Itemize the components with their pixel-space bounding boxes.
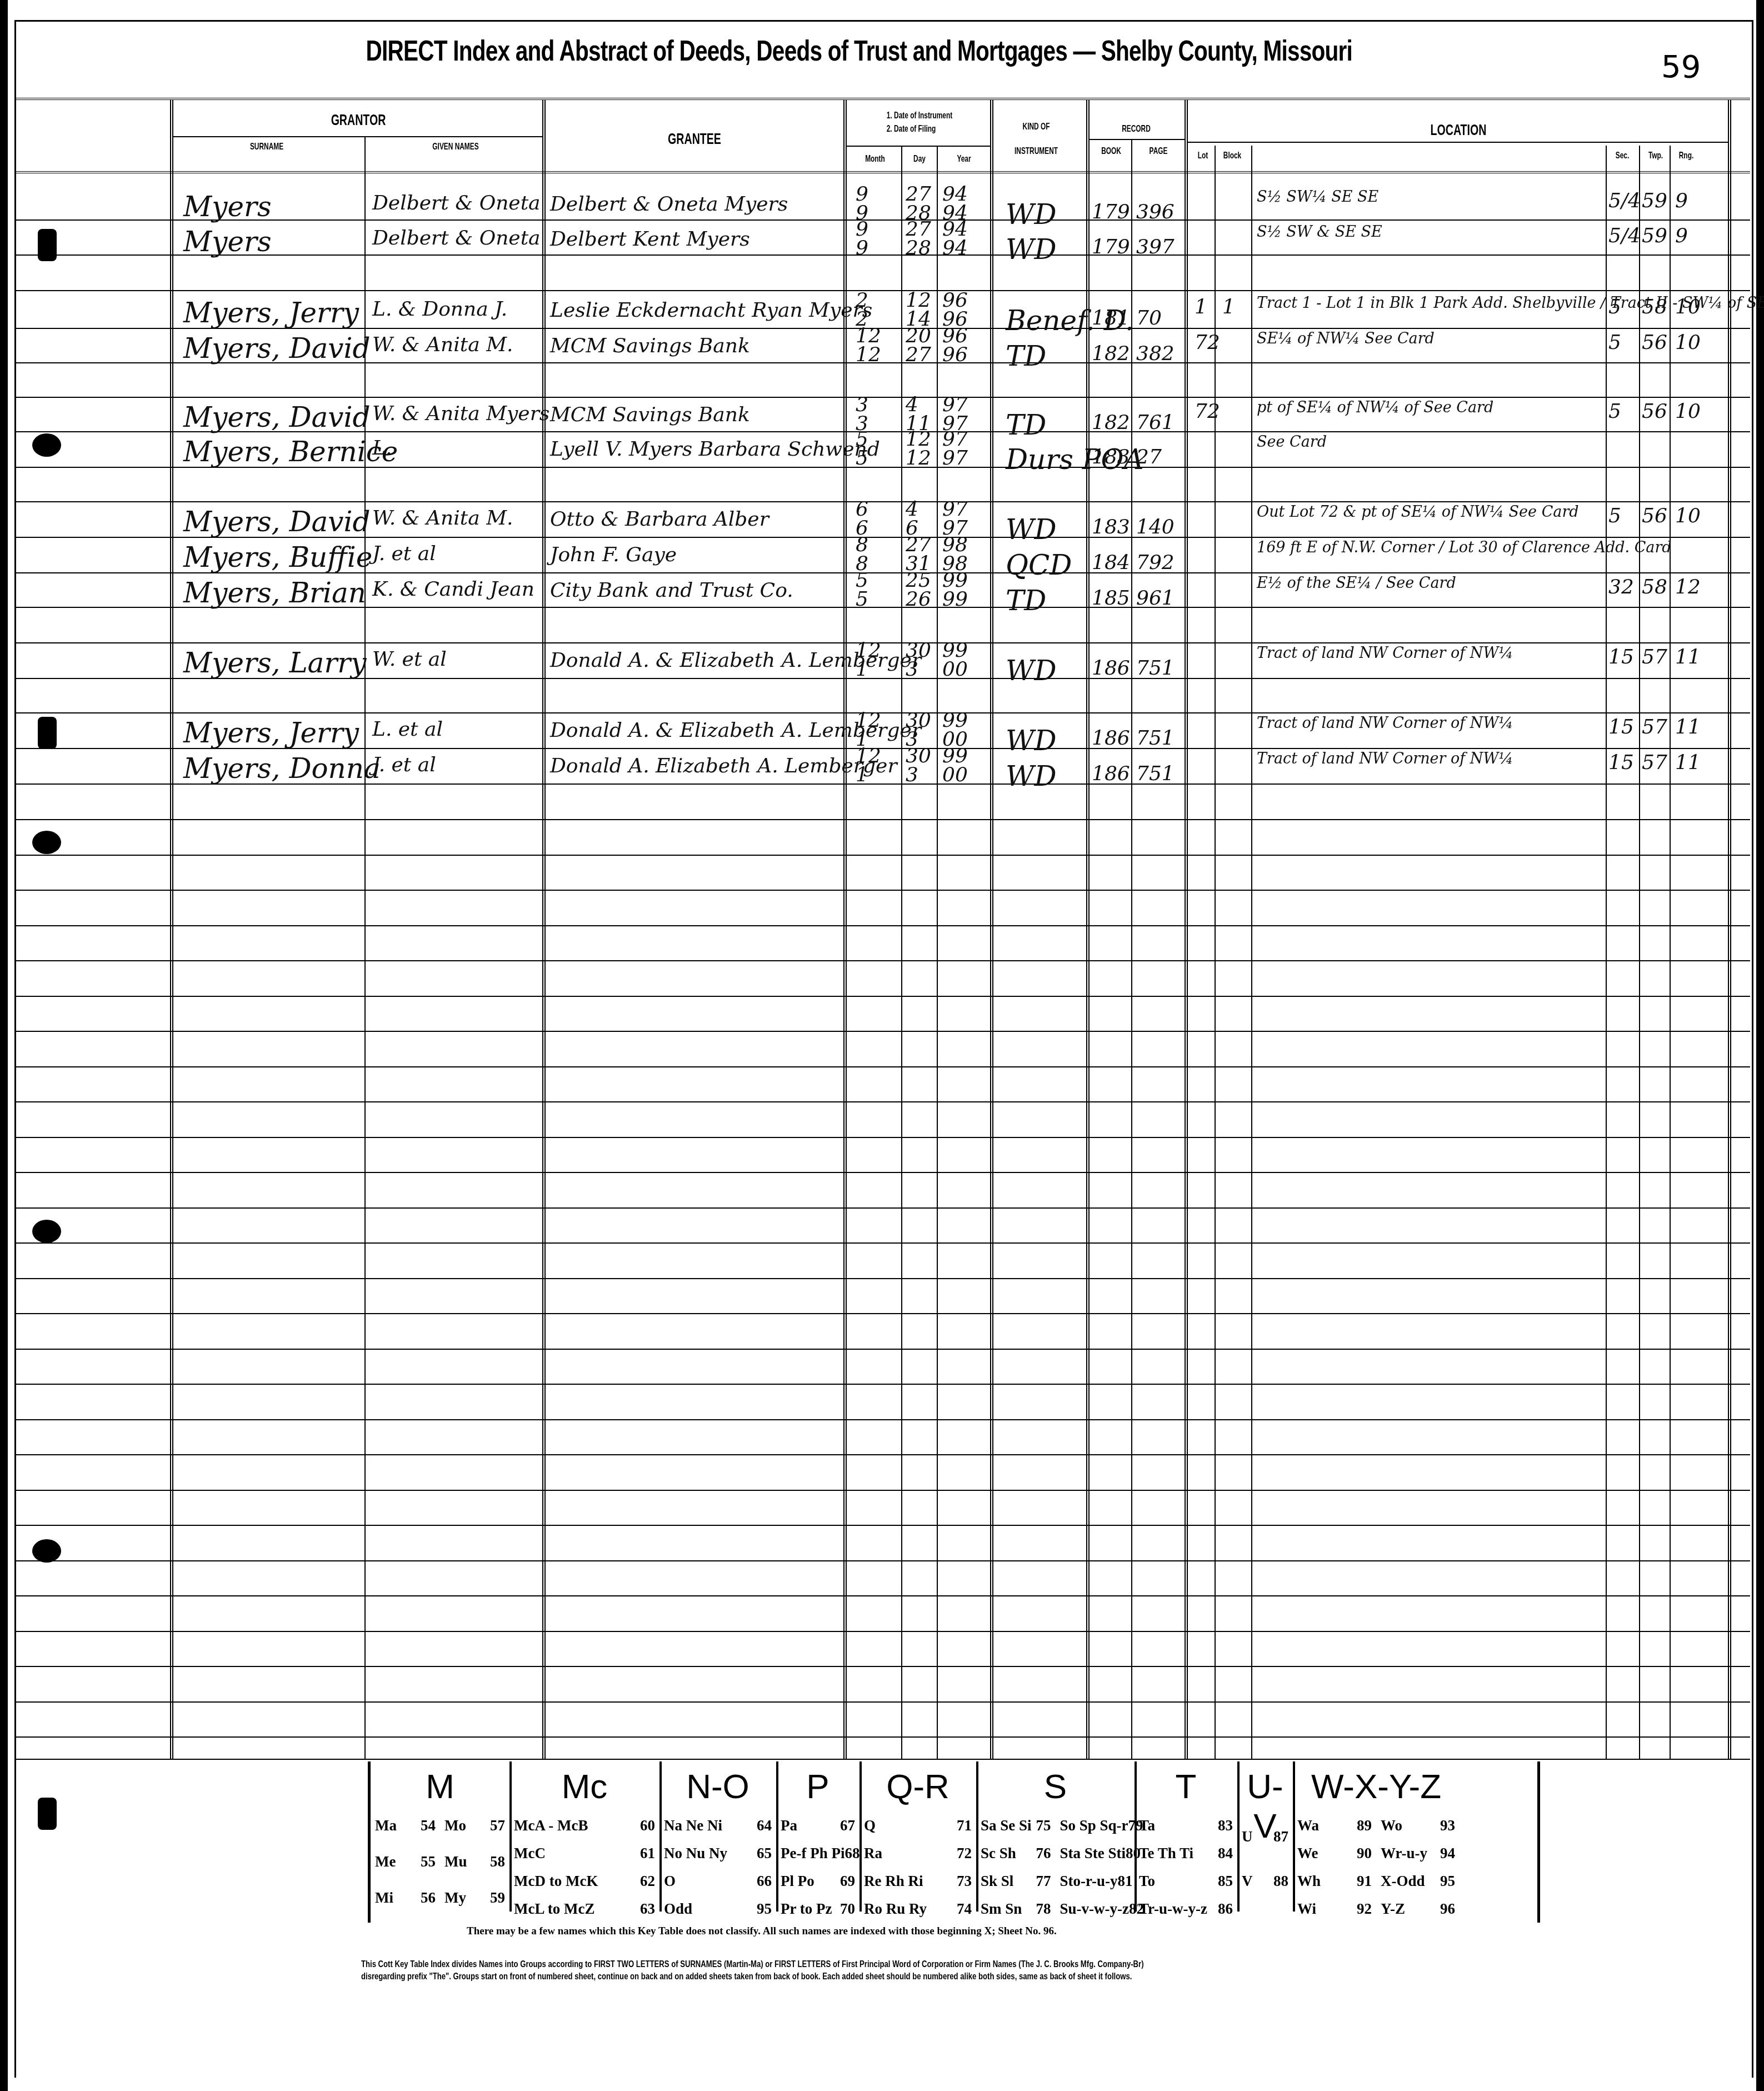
location-description: 169 ft E of N.W. Corner / Lot 30 of Clar… bbox=[1257, 539, 1672, 556]
sec-header: Sec. bbox=[1613, 150, 1632, 161]
key-entry: McD to McK62 bbox=[514, 1873, 655, 1890]
record-book: 182 bbox=[1092, 342, 1130, 365]
footer-line-2: disregarding prefix "The". Groups start … bbox=[361, 1971, 1322, 1983]
grantor-given-names: L. et al bbox=[372, 718, 443, 741]
binder-hole-icon bbox=[38, 229, 57, 261]
page-title: DIRECT Index and Abstract of Deeds, Deed… bbox=[171, 34, 1547, 68]
key-entry: To85 bbox=[1139, 1873, 1233, 1890]
record-book: 186 bbox=[1092, 727, 1130, 750]
key-entry-prefix: Ma bbox=[375, 1817, 397, 1834]
location-sec: 5 bbox=[1608, 400, 1621, 423]
key-entry: Sto-r-u-y81 bbox=[1060, 1873, 1131, 1890]
key-entry: O66 bbox=[664, 1873, 772, 1890]
key-entry-prefix: U bbox=[1242, 1828, 1253, 1845]
footer-instructions: This Cott Key Table Index divides Names … bbox=[361, 1959, 1322, 1983]
scan-edge-left bbox=[0, 0, 8, 2091]
key-entry-prefix: Wi bbox=[1297, 1900, 1316, 1918]
grantee-name: City Bank and Trust Co. bbox=[550, 579, 793, 602]
lot-header: Lot bbox=[1193, 150, 1213, 161]
location-rng: 10 bbox=[1675, 505, 1701, 527]
key-group-letter: T bbox=[1135, 1767, 1237, 1806]
grantee-name: Otto & Barbara Alber bbox=[550, 508, 769, 531]
key-entry-prefix: Odd bbox=[664, 1900, 692, 1918]
key-entry: So Sp Sq-r79 bbox=[1060, 1817, 1131, 1834]
key-entry-prefix: Sc Sh bbox=[981, 1845, 1016, 1862]
filing-year: 99 bbox=[942, 588, 968, 611]
filing-month: 5 bbox=[856, 447, 868, 470]
page-header: PAGE bbox=[1141, 146, 1176, 157]
key-entry-sheet: 61 bbox=[640, 1845, 655, 1862]
twp-header: Twp. bbox=[1646, 150, 1666, 161]
key-group: U-VU87V88 bbox=[1237, 1761, 1295, 1912]
record-book: 184 bbox=[1092, 551, 1130, 574]
key-group: W-X-Y-ZWa89We90Wh91Wi92Wo93Wr-u-y94X-Odd… bbox=[1293, 1761, 1460, 1912]
date-filing-header: 2. Date of Filing bbox=[859, 123, 964, 134]
location-rng: 11 bbox=[1675, 751, 1701, 774]
key-entry: Re Rh Ri73 bbox=[864, 1873, 972, 1890]
key-entry-prefix: Ra bbox=[864, 1845, 882, 1862]
key-entry-prefix: Sto-r-u-y bbox=[1060, 1873, 1118, 1890]
key-entry: Pl Po69 bbox=[781, 1873, 855, 1890]
record-page: 761 bbox=[1136, 411, 1175, 434]
location-sec: 15 bbox=[1608, 716, 1634, 738]
location-twp: 57 bbox=[1642, 716, 1667, 738]
key-entry-sheet: 69 bbox=[840, 1873, 855, 1890]
key-entry: McA - McB60 bbox=[514, 1817, 655, 1834]
key-entry-prefix: No Nu Ny bbox=[664, 1845, 727, 1862]
grantor-given-names: L. & Donna J. bbox=[372, 298, 507, 321]
grantor-given-names: Delbert & Oneta bbox=[372, 192, 541, 214]
day-header: Day bbox=[908, 153, 931, 164]
key-entry-sheet: 68 bbox=[844, 1845, 859, 1862]
binder-hole-icon bbox=[32, 831, 61, 854]
key-entry-sheet: 70 bbox=[840, 1900, 855, 1918]
grantee-header: GRANTEE bbox=[589, 130, 799, 148]
key-entry: We90 bbox=[1297, 1845, 1372, 1862]
key-entry-sheet: 96 bbox=[1440, 1900, 1455, 1918]
location-lot: 1 bbox=[1195, 296, 1207, 318]
key-entry-prefix: Pa bbox=[781, 1817, 797, 1834]
key-entry: My59 bbox=[444, 1889, 505, 1907]
grantor-surname: Myers, Donna bbox=[183, 752, 381, 785]
filing-year: 00 bbox=[942, 658, 968, 681]
key-entry-sheet: 77 bbox=[1036, 1873, 1051, 1890]
record-book: 179 bbox=[1092, 236, 1130, 258]
instrument-kind: TD bbox=[1006, 340, 1046, 372]
filing-year: 97 bbox=[942, 447, 968, 470]
location-sec: 5 bbox=[1608, 296, 1621, 318]
key-entry-prefix: Wo bbox=[1381, 1817, 1402, 1834]
key-entry-prefix: So Sp Sq-r bbox=[1060, 1817, 1128, 1834]
key-entry-sheet: 83 bbox=[1218, 1817, 1233, 1834]
key-entry-sheet: 73 bbox=[957, 1873, 972, 1890]
grantor-given-names: J. et al bbox=[372, 753, 436, 776]
key-entry-prefix: Sm Sn bbox=[981, 1900, 1022, 1918]
record-book: 183 bbox=[1092, 516, 1130, 538]
instrument-kind: WD bbox=[1006, 198, 1056, 231]
key-entry-sheet: 55 bbox=[421, 1853, 436, 1870]
location-rng: 10 bbox=[1675, 331, 1701, 354]
filing-month: 1 bbox=[856, 658, 868, 681]
record-page: 751 bbox=[1136, 657, 1175, 680]
key-entry-sheet: 58 bbox=[490, 1853, 505, 1870]
location-twp: 59 bbox=[1642, 189, 1667, 212]
location-twp: 56 bbox=[1642, 331, 1667, 354]
key-entry: Wi92 bbox=[1297, 1900, 1372, 1918]
key-entry: Wh91 bbox=[1297, 1873, 1372, 1890]
record-book: 186 bbox=[1092, 762, 1130, 785]
key-group: SSa Se Si75Sc Sh76Sk Sl77Sm Sn78So Sp Sq… bbox=[976, 1761, 1137, 1912]
key-entry-prefix: Sa Se Si bbox=[981, 1817, 1032, 1834]
location-twp: 58 bbox=[1642, 576, 1667, 598]
key-entry: Mo57 bbox=[444, 1817, 505, 1834]
key-entry-prefix: McD to McK bbox=[514, 1873, 598, 1890]
location-twp: 59 bbox=[1642, 224, 1667, 247]
binder-hole-icon bbox=[38, 717, 57, 749]
grantee-name: Delbert Kent Myers bbox=[550, 228, 750, 251]
key-group-letter: Q-R bbox=[859, 1767, 976, 1806]
location-rng: 11 bbox=[1675, 716, 1701, 738]
location-rng: 12 bbox=[1675, 576, 1701, 598]
book-header: BOOK bbox=[1096, 146, 1127, 157]
grantor-given-names: W. & Anita M. bbox=[372, 333, 513, 356]
location-lot: 72 bbox=[1195, 331, 1220, 354]
key-entry: Pr to Pz70 bbox=[781, 1900, 855, 1918]
key-entry: Ma54 bbox=[375, 1817, 436, 1834]
key-entry-sheet: 84 bbox=[1218, 1845, 1233, 1862]
key-entry: Ro Ru Ry74 bbox=[864, 1900, 972, 1918]
filing-day: 3 bbox=[906, 658, 918, 681]
filing-month: 1 bbox=[856, 763, 868, 786]
footer-line-1: This Cott Key Table Index divides Names … bbox=[361, 1959, 1322, 1971]
record-page: 140 bbox=[1136, 516, 1175, 538]
record-page: 396 bbox=[1136, 201, 1175, 223]
key-entry: Su-v-w-y-z82 bbox=[1060, 1900, 1131, 1918]
key-entry-sheet: 65 bbox=[757, 1845, 772, 1862]
grantor-surname: Myers bbox=[183, 226, 272, 258]
date-instrument-header: 1. Date of Instrument bbox=[867, 110, 972, 121]
key-entry-prefix: McA - McB bbox=[514, 1817, 588, 1834]
key-entry-sheet: 64 bbox=[757, 1817, 772, 1834]
key-entry-prefix: McL to McZ bbox=[514, 1900, 594, 1918]
key-entry: Te Th Ti84 bbox=[1139, 1845, 1233, 1862]
key-entry-prefix: O bbox=[664, 1873, 676, 1890]
key-entry: Tr-u-w-y-z86 bbox=[1139, 1900, 1233, 1918]
key-entry-sheet: 85 bbox=[1218, 1873, 1233, 1890]
key-entry: Odd95 bbox=[664, 1900, 772, 1918]
location-description: Tract of land NW Corner of NW¼ bbox=[1257, 645, 1513, 662]
key-entry-prefix: Me bbox=[375, 1853, 396, 1870]
key-entry-sheet: 94 bbox=[1440, 1845, 1455, 1862]
filing-month: 5 bbox=[856, 588, 868, 611]
key-entry: Me55 bbox=[375, 1853, 436, 1870]
record-book: 186 bbox=[1092, 657, 1130, 680]
key-table: MMa54Me55Mi56Mo57Mu58My59McMcA - McB60Mc… bbox=[368, 1761, 1540, 1923]
key-entry-sheet: 67 bbox=[840, 1817, 855, 1834]
key-entry-sheet: 60 bbox=[640, 1817, 655, 1834]
location-twp: 58 bbox=[1642, 296, 1667, 318]
record-page: 70 bbox=[1136, 307, 1162, 330]
location-description: E½ of the SE¼ / See Card bbox=[1257, 575, 1456, 592]
record-page: 792 bbox=[1136, 551, 1175, 574]
key-entry-prefix: McC bbox=[514, 1845, 546, 1862]
grantee-name: Donald A. Elizabeth A. Lemberger bbox=[550, 755, 897, 777]
key-entry-sheet: 92 bbox=[1357, 1900, 1372, 1918]
key-entry: McC61 bbox=[514, 1845, 655, 1862]
record-page: 751 bbox=[1136, 762, 1175, 785]
key-entry-prefix: Te Th Ti bbox=[1139, 1845, 1193, 1862]
grantor-surname: Myers, Brian bbox=[183, 577, 366, 609]
key-entry-sheet: 71 bbox=[957, 1817, 972, 1834]
key-entry-prefix: Y-Z bbox=[1381, 1900, 1405, 1918]
filing-day: 27 bbox=[906, 343, 931, 366]
filing-day: 28 bbox=[906, 237, 931, 259]
key-group-letter: P bbox=[776, 1767, 859, 1806]
key-entry-sheet: 90 bbox=[1357, 1845, 1372, 1862]
key-group-letter: N-O bbox=[659, 1767, 776, 1806]
grantor-given-names: Delbert & Oneta bbox=[372, 227, 541, 249]
key-group-letter: Mc bbox=[509, 1767, 659, 1806]
key-entry-prefix: V bbox=[1242, 1873, 1253, 1890]
record-page: 27 bbox=[1136, 446, 1162, 468]
instrument-header: INSTRUMENT bbox=[1007, 146, 1066, 157]
instrument-kind: TD bbox=[1006, 409, 1046, 441]
record-book: 183 bbox=[1092, 446, 1130, 468]
grantor-given-names: W. & Anita M. bbox=[372, 507, 513, 530]
key-entry: Mi56 bbox=[375, 1889, 436, 1907]
key-entry-prefix: Sk Sl bbox=[981, 1873, 1013, 1890]
record-book: 182 bbox=[1092, 411, 1130, 434]
record-book: 185 bbox=[1092, 587, 1130, 610]
grantor-surname: Myers, Jerry bbox=[183, 717, 359, 749]
key-entry-sheet: 88 bbox=[1273, 1873, 1288, 1890]
binder-hole-icon bbox=[32, 433, 61, 457]
key-entry-prefix: Wa bbox=[1297, 1817, 1319, 1834]
record-page: 961 bbox=[1136, 587, 1175, 610]
key-entry-sheet: 76 bbox=[1036, 1845, 1051, 1862]
binder-hole-icon bbox=[32, 1220, 61, 1243]
key-entry-sheet: 86 bbox=[1218, 1900, 1233, 1918]
grantor-given-names: K. & Candi Jean bbox=[372, 578, 534, 601]
rng-header: Rng. bbox=[1677, 150, 1696, 161]
grantee-name: Delbert & Oneta Myers bbox=[550, 193, 788, 216]
location-description: Tract of land NW Corner of NW¼ bbox=[1257, 750, 1513, 767]
key-entry: Y-Z96 bbox=[1381, 1900, 1455, 1918]
grantor-given-names: L. bbox=[372, 437, 392, 460]
location-description: See Card bbox=[1257, 433, 1327, 451]
location-rng: 10 bbox=[1675, 400, 1701, 423]
key-entry-prefix: Ta bbox=[1139, 1817, 1155, 1834]
location-header: LOCATION bbox=[1270, 121, 1647, 139]
key-entry-sheet: 81 bbox=[1117, 1873, 1132, 1890]
location-description: S½ SW¼ SE SE bbox=[1257, 188, 1378, 206]
key-entry: Sa Se Si75 bbox=[981, 1817, 1051, 1834]
key-entry-prefix: Pr to Pz bbox=[781, 1900, 832, 1918]
grantor-surname: Myers, Bernice bbox=[183, 436, 398, 468]
location-description: Out Lot 72 & pt of SE¼ of NW¼ See Card bbox=[1257, 503, 1579, 521]
key-entry-prefix: Sta Ste Sti bbox=[1060, 1845, 1126, 1862]
key-entry: Pa67 bbox=[781, 1817, 855, 1834]
record-header: RECORD bbox=[1103, 123, 1170, 134]
location-rng: 9 bbox=[1675, 189, 1688, 212]
location-sec: 32 bbox=[1608, 576, 1634, 598]
instrument-kind: WD bbox=[1006, 655, 1056, 687]
key-entry-prefix: We bbox=[1297, 1845, 1318, 1862]
key-entry-sheet: 78 bbox=[1036, 1900, 1051, 1918]
key-entry-prefix: Su-v-w-y-z bbox=[1060, 1900, 1129, 1918]
grantor-surname: Myers, Buffie bbox=[183, 541, 372, 573]
location-sec: 15 bbox=[1608, 646, 1634, 668]
record-page: 397 bbox=[1136, 236, 1175, 258]
key-group: PPa67Pe-f Ph Pi68Pl Po69Pr to Pz70 bbox=[776, 1761, 862, 1912]
key-group-letter: M bbox=[371, 1767, 509, 1806]
grantee-name: MCM Savings Bank bbox=[550, 335, 750, 357]
key-entry-prefix: To bbox=[1139, 1873, 1155, 1890]
location-sec: 5 bbox=[1608, 505, 1621, 527]
location-twp: 57 bbox=[1642, 751, 1667, 774]
key-entry-sheet: 91 bbox=[1357, 1873, 1372, 1890]
grantee-name: Leslie Eckdernacht Ryan Myers bbox=[550, 299, 872, 322]
location-sec: 5 bbox=[1608, 331, 1621, 354]
key-entry-sheet: 93 bbox=[1440, 1817, 1455, 1834]
key-entry-prefix: Mo bbox=[444, 1817, 466, 1834]
key-entry-sheet: 63 bbox=[640, 1900, 655, 1918]
key-group-letter: W-X-Y-Z bbox=[1293, 1767, 1460, 1806]
year-header: Year bbox=[947, 153, 982, 164]
key-entry-prefix: Tr-u-w-y-z bbox=[1139, 1900, 1207, 1918]
binder-hole-icon bbox=[32, 1539, 61, 1563]
key-entry: Sta Ste Sti80 bbox=[1060, 1845, 1131, 1862]
month-header: Month bbox=[856, 153, 895, 164]
key-entry: Wr-u-y94 bbox=[1381, 1845, 1455, 1862]
instrument-kind: WD bbox=[1006, 760, 1056, 792]
filing-year: 94 bbox=[942, 237, 968, 259]
record-book: 181 bbox=[1092, 307, 1130, 330]
key-entry-prefix: Wr-u-y bbox=[1381, 1845, 1427, 1862]
key-entry: Na Ne Ni64 bbox=[664, 1817, 772, 1834]
key-entry: Sc Sh76 bbox=[981, 1845, 1051, 1862]
surname-header: SURNAME bbox=[201, 141, 333, 152]
key-entry: Ta83 bbox=[1139, 1817, 1233, 1834]
filing-day: 3 bbox=[906, 763, 918, 786]
filing-month: 9 bbox=[856, 237, 868, 259]
binder-hole-icon bbox=[38, 1798, 57, 1830]
key-entry-prefix: Wh bbox=[1297, 1873, 1321, 1890]
key-entry: U87 bbox=[1242, 1828, 1288, 1845]
record-page: 382 bbox=[1136, 342, 1175, 365]
grantee-name: Lyell V. Myers Barbara Schwend bbox=[550, 438, 880, 461]
instrument-kind: WD bbox=[1006, 725, 1056, 757]
location-rng: 11 bbox=[1675, 646, 1701, 668]
location-sec: 5/4 bbox=[1608, 224, 1641, 247]
grantor-given-names: W. & Anita Myers bbox=[372, 402, 549, 425]
key-entry-sheet: 87 bbox=[1273, 1828, 1288, 1845]
key-entry: Sk Sl77 bbox=[981, 1873, 1051, 1890]
key-entry-sheet: 95 bbox=[757, 1900, 772, 1918]
instrument-kind: WD bbox=[1006, 233, 1056, 266]
key-entry-sheet: 62 bbox=[640, 1873, 655, 1890]
key-entry-sheet: 72 bbox=[957, 1845, 972, 1862]
grantor-surname: Myers, David bbox=[183, 506, 371, 538]
key-group: McMcA - McB60McC61McD to McK62McL to McZ… bbox=[509, 1761, 662, 1912]
filing-month: 12 bbox=[856, 343, 881, 366]
filing-day: 26 bbox=[906, 588, 931, 611]
grantor-given-names: J. et al bbox=[372, 542, 436, 565]
page-number: 59 bbox=[1661, 49, 1701, 85]
key-group: TTa83Te Th Ti84To85Tr-u-w-y-z86 bbox=[1135, 1761, 1240, 1912]
filing-day: 12 bbox=[906, 447, 931, 470]
location-block: 1 bbox=[1222, 296, 1235, 318]
location-rng: 9 bbox=[1675, 224, 1688, 247]
key-entry-prefix: Ro Ru Ry bbox=[864, 1900, 927, 1918]
filing-year: 00 bbox=[942, 763, 968, 786]
key-group: Q-RQ71Ra72Re Rh Ri73Ro Ru Ry74 bbox=[859, 1761, 978, 1912]
key-entry: Pe-f Ph Pi68 bbox=[781, 1845, 855, 1862]
instrument-kind: QCD bbox=[1006, 549, 1072, 581]
location-sec: 5/4 bbox=[1608, 189, 1641, 212]
key-entry-prefix: Pl Po bbox=[781, 1873, 814, 1890]
block-header: Block bbox=[1221, 150, 1244, 161]
location-twp: 56 bbox=[1642, 400, 1667, 423]
key-group: MMa54Me55Mi56Mo57Mu58My59 bbox=[371, 1761, 512, 1912]
key-entry-prefix: Mu bbox=[444, 1853, 467, 1870]
location-lot: 72 bbox=[1195, 400, 1220, 423]
key-entry-prefix: My bbox=[444, 1889, 466, 1907]
grantor-given-names: W. et al bbox=[372, 648, 447, 671]
scan-edge-right bbox=[1756, 0, 1764, 2091]
header-rule bbox=[14, 171, 1750, 173]
key-entry: McL to McZ63 bbox=[514, 1900, 655, 1918]
key-entry-sheet: 75 bbox=[1036, 1817, 1051, 1834]
location-twp: 56 bbox=[1642, 505, 1667, 527]
location-description: Tract of land NW Corner of NW¼ bbox=[1257, 715, 1513, 732]
grantor-surname: Myers, David bbox=[183, 332, 371, 365]
key-entry: Q71 bbox=[864, 1817, 972, 1834]
key-entry: Ra72 bbox=[864, 1845, 972, 1862]
location-description: S½ SW & SE SE bbox=[1257, 223, 1382, 241]
location-description: pt of SE¼ of NW¼ of See Card bbox=[1257, 399, 1493, 416]
instrument-kind: WD bbox=[1006, 513, 1056, 546]
given-names-header: GIVEN NAMES bbox=[393, 141, 518, 152]
record-page: 751 bbox=[1136, 727, 1175, 750]
grantor-header: GRANTOR bbox=[228, 111, 489, 129]
key-entry: Mu58 bbox=[444, 1853, 505, 1870]
key-table-note: There may be a few names which this Key … bbox=[467, 1925, 1057, 1938]
key-entry-sheet: 59 bbox=[490, 1889, 505, 1907]
key-group-letter: S bbox=[976, 1767, 1135, 1806]
key-entry-sheet: 89 bbox=[1357, 1817, 1372, 1834]
record-book: 179 bbox=[1092, 201, 1130, 223]
location-sec: 15 bbox=[1608, 751, 1634, 774]
key-entry-sheet: 57 bbox=[490, 1817, 505, 1834]
key-entry-sheet: 95 bbox=[1440, 1873, 1455, 1890]
key-entry: Wo93 bbox=[1381, 1817, 1455, 1834]
grantee-name: MCM Savings Bank bbox=[550, 403, 750, 426]
header-rule bbox=[14, 98, 1750, 100]
key-entry-prefix: Na Ne Ni bbox=[664, 1817, 722, 1834]
grantee-name: John F. Gaye bbox=[550, 543, 677, 566]
filing-year: 96 bbox=[942, 343, 968, 366]
key-entry-prefix: Q bbox=[864, 1817, 876, 1834]
key-entry: V88 bbox=[1242, 1873, 1288, 1890]
location-twp: 57 bbox=[1642, 646, 1667, 668]
key-entry-sheet: 56 bbox=[421, 1889, 436, 1907]
key-entry-prefix: Mi bbox=[375, 1889, 393, 1907]
key-group: N-ONa Ne Ni64No Nu Ny65O66Odd95 bbox=[659, 1761, 778, 1912]
location-description: SE¼ of NW¼ See Card bbox=[1257, 330, 1435, 347]
key-entry-prefix: Pe-f Ph Pi bbox=[781, 1845, 844, 1862]
key-entry-prefix: Re Rh Ri bbox=[864, 1873, 923, 1890]
